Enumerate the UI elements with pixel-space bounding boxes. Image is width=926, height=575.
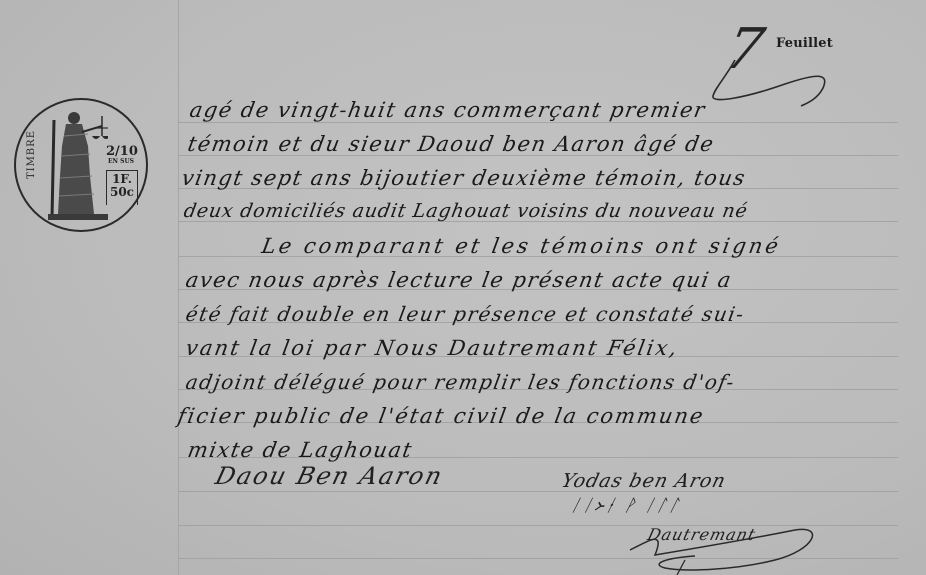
body-line: avec nous après lecture le présent acte … <box>184 268 734 292</box>
body-line: adjoint délégué pour remplir les fonctio… <box>184 370 737 394</box>
body-line: agé de vingt-huit ans commerçant premier <box>188 98 708 122</box>
document-page: 7 Feuillet TIMBRE 2/10 EN SUS <box>0 0 926 575</box>
stamp-price-francs: 1F. <box>107 173 137 186</box>
ruled-line <box>178 122 898 123</box>
stamp-rate-main: 2/10 <box>106 144 138 159</box>
body-line: été fait double en leur présence et cons… <box>184 302 747 326</box>
signature-witness-1: Daou Ben Aaron <box>213 462 447 490</box>
signature-witness-2-hebrew: ᛁᛁ᚛ᛂ ᚹ ᛁᛚᛚ <box>568 496 684 516</box>
body-line: témoin et du sieur Daoud ben Aaron âgé d… <box>186 132 717 156</box>
stamp-rate: 2/10 EN SUS <box>106 142 136 165</box>
folio-label: Feuillet <box>776 36 833 51</box>
body-line: vingt sept ans bijoutier deuxième témoin… <box>180 166 748 190</box>
stamp-rate-sub: EN SUS <box>106 159 136 165</box>
body-line: vant la loi par Nous Dautremant Félix, <box>184 336 681 360</box>
fiscal-stamp: TIMBRE 2/10 EN SUS 1F. 50c <box>14 98 148 232</box>
stamp-price: 1F. 50c <box>106 170 138 205</box>
body-line: ficier public de l'état civil de la comm… <box>176 404 707 428</box>
stamp-price-centimes: 50c <box>107 186 137 199</box>
signature-witness-2: Yodas ben Aron <box>559 470 728 492</box>
folio-flourish-icon <box>705 58 835 108</box>
ruled-line <box>178 491 898 492</box>
body-line: deux domiciliés audit Laghouat voisins d… <box>182 200 750 222</box>
body-line: Le comparant et les témoins ont signé <box>260 234 783 258</box>
stamp-word: TIMBRE <box>26 130 46 179</box>
body-line: mixte de Laghouat <box>186 438 415 462</box>
officer-signature-flourish-icon <box>625 520 825 575</box>
justice-figure-icon <box>44 106 108 224</box>
margin-line <box>178 0 179 575</box>
